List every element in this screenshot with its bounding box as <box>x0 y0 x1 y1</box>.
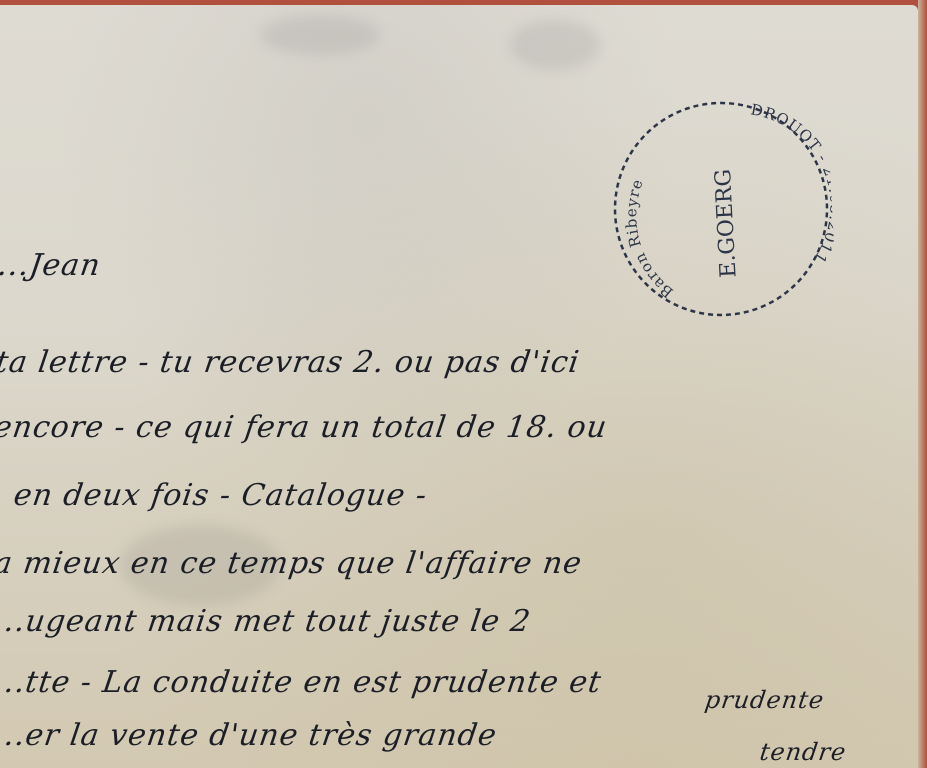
svg-text:DROUOT - 21.03.2011: DROUOT - 21.03.2011 <box>748 96 837 271</box>
letter-line-1: ...Jean <box>0 248 103 283</box>
letter-line-7: ...tte - La conduite en est prudente et <box>0 665 604 700</box>
stamp-graphic: Baron Ribeyre DROUOT - 21.03.2011 E.GOER… <box>604 92 837 325</box>
paper-stain <box>260 15 380 55</box>
stamp-left-text: Baron Ribeyre <box>620 174 677 304</box>
letter-line-5: a mieux en ce temps que l'affaire ne <box>0 546 584 581</box>
paper-stain <box>510 20 600 70</box>
stamp-right-text: DROUOT - 21.03.2011 <box>748 96 837 271</box>
letter-line-8: ...er la vente d'une très grande <box>0 718 499 753</box>
auction-stamp: Baron Ribeyre DROUOT - 21.03.2011 E.GOER… <box>604 92 837 325</box>
background-cloth-edge <box>918 0 927 768</box>
letter-correction-below: tendre <box>758 738 848 766</box>
letter-line-2: ta lettre - tu recevras 2. ou pas d'ici <box>0 345 582 380</box>
letter-line-6: ...ugeant mais met tout juste le 2 <box>0 604 533 639</box>
letter-line-3: encore - ce qui fera un total de 18. ou <box>0 410 610 445</box>
letter-line-4: en deux fois - Catalogue - <box>12 478 430 513</box>
letter-correction-above: prudente <box>703 686 826 714</box>
svg-text:Baron Ribeyre: Baron Ribeyre <box>620 174 677 304</box>
stamp-center-text: E.GOERG <box>711 168 742 278</box>
